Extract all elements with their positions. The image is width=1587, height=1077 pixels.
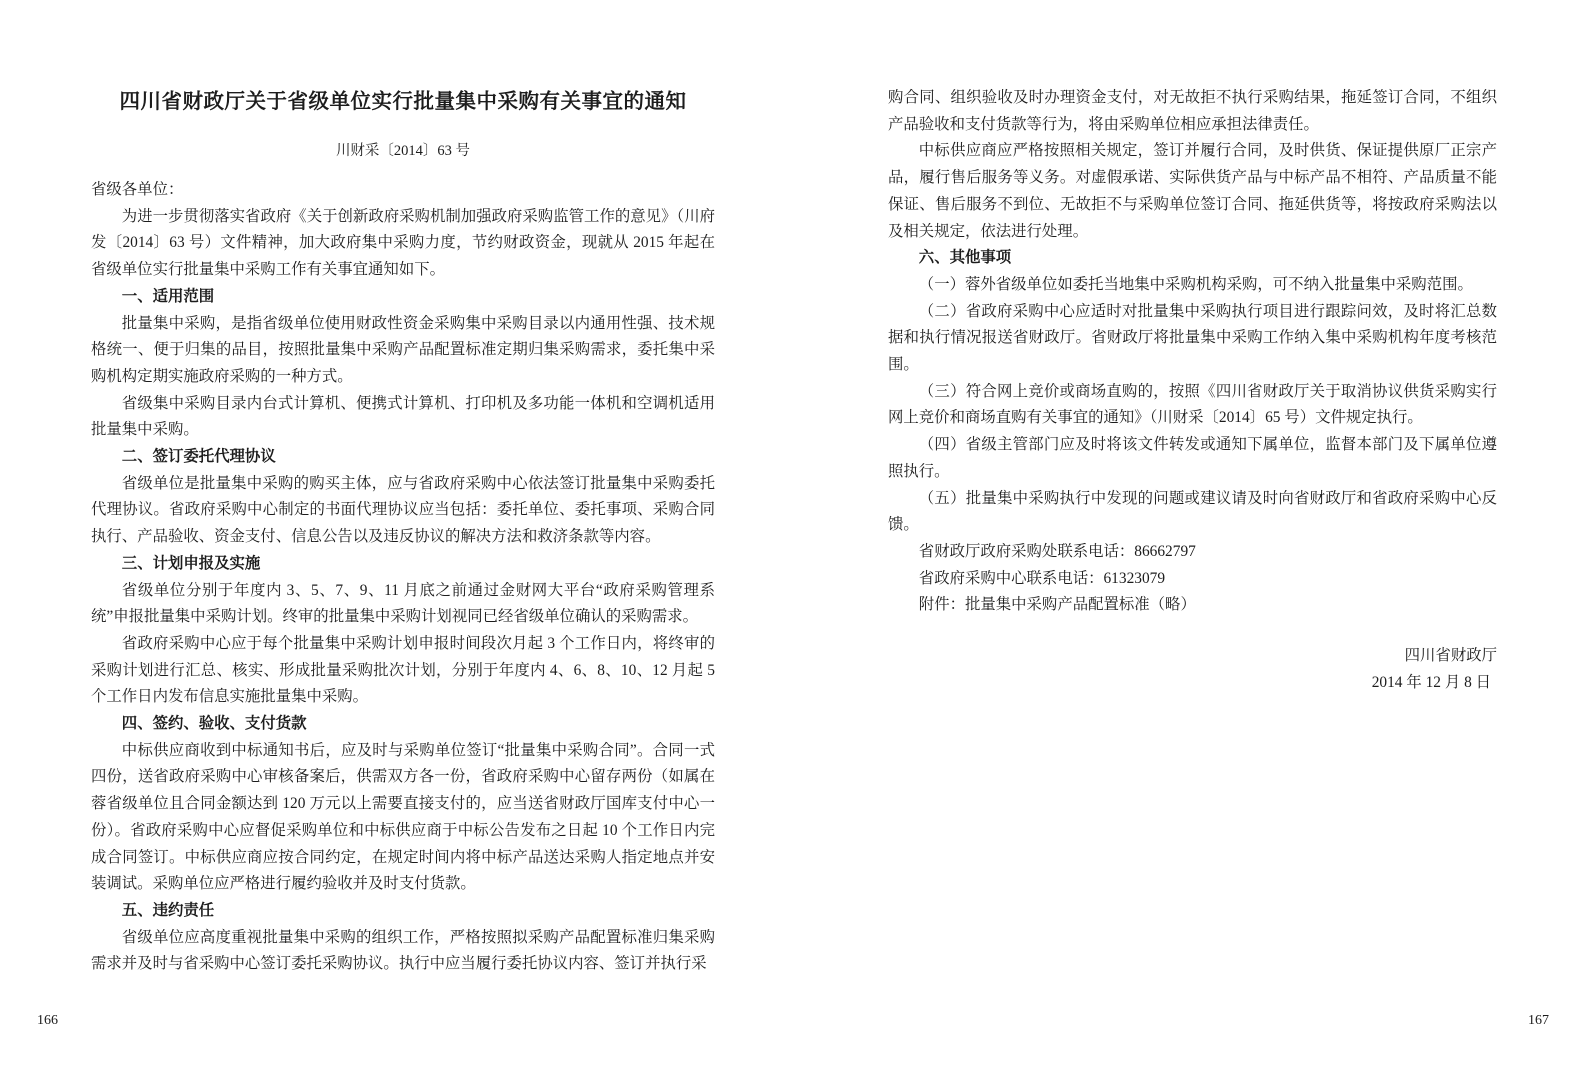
page-right: 购合同、组织验收及时办理资金支付，对无故拒不执行采购结果，拖延签订合同，不组织产… bbox=[888, 85, 1497, 696]
section-3-paragraph-a: 省级单位分别于年度内 3、5、7、9、11 月底之前通过金财网大平台“政府采购管… bbox=[91, 578, 715, 631]
section-6-item-2: （二）省政府采购中心应适时对批量集中采购执行项目进行跟踪问效，及时将汇总数据和执… bbox=[888, 299, 1497, 379]
issue-date: 2014 年 12 月 8 日 bbox=[888, 670, 1497, 697]
section-6-item-3: （三）符合网上竞价或商场直购的，按照《四川省财政厅关于取消协议供货采购实行网上竞… bbox=[888, 379, 1497, 432]
section-4-paragraph-a: 中标供应商收到中标通知书后，应及时与采购单位签订“批量集中采购合同”。合同一式四… bbox=[91, 738, 715, 898]
section-5-paragraph-b: 中标供应商应严格按照相关规定，签订并履行合同，及时供货、保证提供原厂正宗产品，履… bbox=[888, 138, 1497, 245]
book-spread: { "colors": { "background": "#ffffff", "… bbox=[0, 0, 1587, 1077]
section-3-paragraph-b: 省政府采购中心应于每个批量集中采购计划申报时间段次月起 3 个工作日内，将终审的… bbox=[91, 631, 715, 711]
section-2-paragraph-a: 省级单位是批量集中采购的购买主体，应与省政府采购中心依法签订批量集中采购委托代理… bbox=[91, 471, 715, 551]
section-heading-3: 三、计划申报及实施 bbox=[91, 551, 715, 578]
section-5-paragraph-a: 省级单位应高度重视批量集中采购的组织工作，严格按照拟采购产品配置标准归集采购需求… bbox=[91, 925, 715, 978]
section-heading-5: 五、违约责任 bbox=[91, 898, 715, 925]
contact-phone-procurement-center: 省政府采购中心联系电话：61323079 bbox=[888, 566, 1497, 593]
intro-paragraph: 为进一步贯彻落实省政府《关于创新政府采购机制加强政府采购监管工作的意见》（川府发… bbox=[91, 204, 715, 284]
document-title: 四川省财政厅关于省级单位实行批量集中采购有关事宜的通知 bbox=[91, 85, 715, 119]
document-number: 川财采〔2014〕63 号 bbox=[91, 141, 715, 161]
section-6-item-5: （五）批量集中采购执行中发现的问题或建议请及时向省财政厅和省政府采购中心反馈。 bbox=[888, 486, 1497, 539]
section-1-paragraph-b: 省级集中采购目录内台式计算机、便携式计算机、打印机及多功能一体机和空调机适用批量… bbox=[91, 391, 715, 444]
section-6-item-4: （四）省级主管部门应及时将该文件转发或通知下属单位，监督本部门及下属单位遵照执行… bbox=[888, 432, 1497, 485]
section-heading-2: 二、签订委托代理协议 bbox=[91, 444, 715, 471]
issuing-authority: 四川省财政厅 bbox=[888, 643, 1497, 670]
section-5-paragraph-a-continuation: 购合同、组织验收及时办理资金支付，对无故拒不执行采购结果，拖延签订合同，不组织产… bbox=[888, 85, 1497, 138]
salutation: 省级各单位： bbox=[91, 177, 715, 204]
section-heading-4: 四、签约、验收、支付货款 bbox=[91, 711, 715, 738]
attachment-note: 附件：批量集中采购产品配置标准（略） bbox=[888, 592, 1497, 619]
section-heading-1: 一、适用范围 bbox=[91, 284, 715, 311]
page-number-right: 167 bbox=[1528, 1012, 1549, 1030]
section-1-paragraph-a: 批量集中采购，是指省级单位使用财政性资金采购集中采购目录以内通用性强、技术规格统… bbox=[91, 311, 715, 391]
signature-block: 四川省财政厅 2014 年 12 月 8 日 bbox=[888, 643, 1497, 696]
section-6-item-1: （一）蓉外省级单位如委托当地集中采购机构采购，可不纳入批量集中采购范围。 bbox=[888, 272, 1497, 299]
page-number-left: 166 bbox=[37, 1012, 58, 1030]
contact-phone-finance-dept: 省财政厅政府采购处联系电话：86662797 bbox=[888, 539, 1497, 566]
page-left: 四川省财政厅关于省级单位实行批量集中采购有关事宜的通知 川财采〔2014〕63 … bbox=[91, 85, 715, 978]
section-heading-6: 六、其他事项 bbox=[888, 245, 1497, 272]
